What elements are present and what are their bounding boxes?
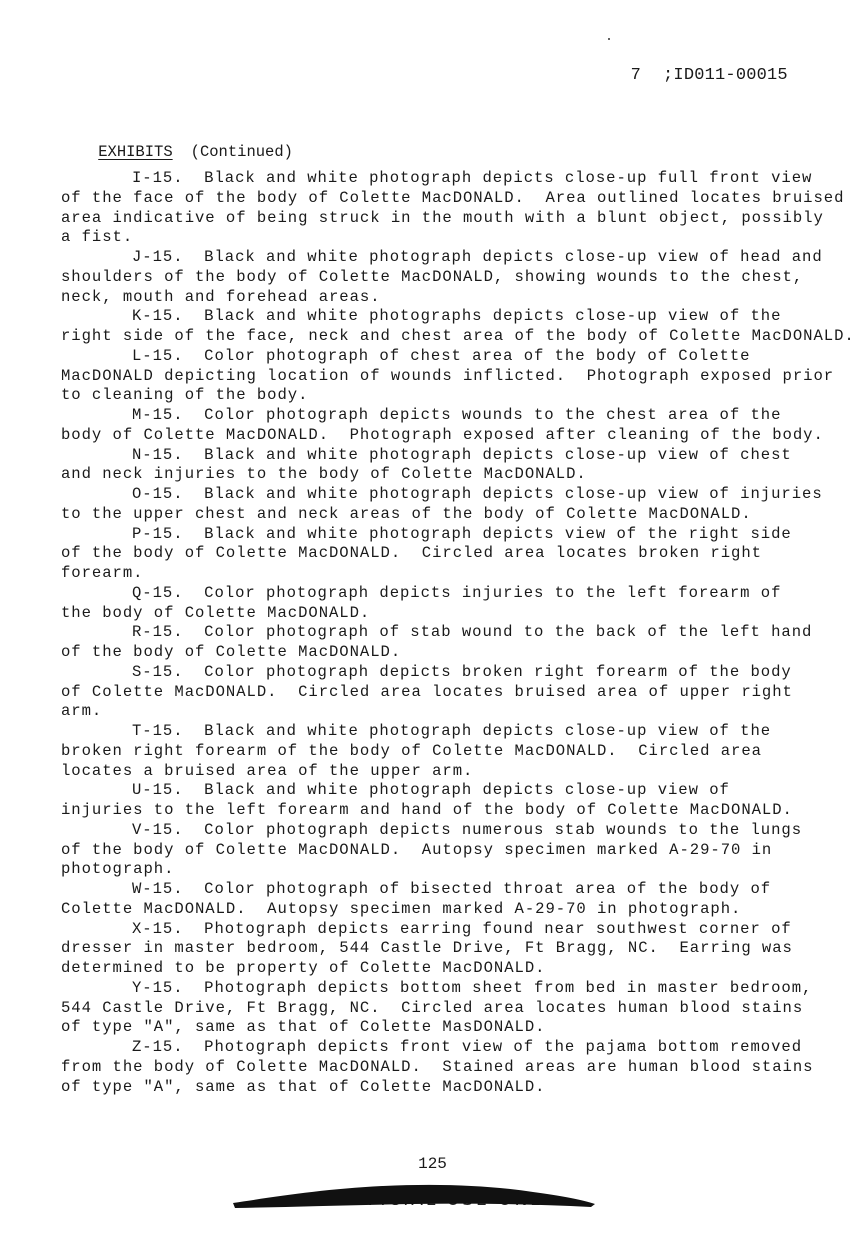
section-title: EXHIBITS: [98, 143, 172, 161]
exhibit-line: broken right forearm of the body of Cole…: [61, 742, 821, 762]
document-id-header: 7;ID011-00015: [589, 47, 788, 104]
exhibit-first-line: Y-15. Photograph depicts bottom sheet fr…: [61, 979, 821, 999]
exhibit-line: and neck injuries to the body of Colette…: [61, 465, 821, 485]
exhibit-first-line: N-15. Black and white photograph depicts…: [61, 446, 821, 466]
exhibit-first-line: Z-15. Photograph depicts front view of t…: [61, 1038, 821, 1058]
exhibit-line: from the body of Colette MacDONALD. Stai…: [61, 1058, 821, 1078]
exhibit-line: right side of the face, neck and chest a…: [61, 327, 821, 347]
redaction-bar-shape: [233, 1180, 595, 1210]
exhibit-line: to cleaning of the body.: [61, 386, 821, 406]
exhibit-line: MacDONALD depicting location of wounds i…: [61, 367, 821, 387]
scan-speck: [608, 38, 610, 40]
exhibit-first-line: K-15. Black and white photographs depict…: [61, 307, 821, 327]
exhibit-first-line: W-15. Color photograph of bisected throa…: [61, 880, 821, 900]
exhibit-entry: V-15. Color photograph depicts numerous …: [61, 821, 821, 880]
exhibit-entry: I-15. Black and white photograph depicts…: [61, 169, 821, 248]
exhibit-entry: N-15. Black and white photograph depicts…: [61, 446, 821, 486]
exhibit-line: 544 Castle Drive, Ft Bragg, NC. Circled …: [61, 999, 821, 1019]
exhibit-line: body of Colette MacDONALD. Photograph ex…: [61, 426, 821, 446]
exhibit-entry: M-15. Color photograph depicts wounds to…: [61, 406, 821, 446]
exhibit-line: locates a bruised area of the upper arm.: [61, 762, 821, 782]
exhibit-line: determined to be property of Colette Mac…: [61, 959, 821, 979]
exhibit-entry: R-15. Color photograph of stab wound to …: [61, 623, 821, 663]
document-page: 7;ID011-00015 EXHIBITS(Continued) I-15. …: [0, 0, 860, 1251]
page-number: 125: [0, 1155, 860, 1173]
exhibit-line: of the body of Colette MacDONALD.: [61, 643, 821, 663]
exhibit-first-line: V-15. Color photograph depicts numerous …: [61, 821, 821, 841]
exhibit-line: Colette MacDONALD. Autopsy specimen mark…: [61, 900, 821, 920]
exhibit-line: shoulders of the body of Colette MacDONA…: [61, 268, 821, 288]
exhibit-entry: Q-15. Color photograph depicts injuries …: [61, 584, 821, 624]
section-title-suffix: (Continued): [191, 143, 293, 161]
exhibit-entry: W-15. Color photograph of bisected throa…: [61, 880, 821, 920]
exhibit-first-line: S-15. Color photograph depicts broken ri…: [61, 663, 821, 683]
exhibit-entry: P-15. Black and white photograph depicts…: [61, 525, 821, 584]
exhibit-entry: O-15. Black and white photograph depicts…: [61, 485, 821, 525]
exhibit-first-line: O-15. Black and white photograph depicts…: [61, 485, 821, 505]
page-prefix: 7: [631, 66, 641, 85]
exhibit-line: to the upper chest and neck areas of the…: [61, 505, 821, 525]
exhibit-entry: S-15. Color photograph depicts broken ri…: [61, 663, 821, 722]
exhibit-entry: U-15. Black and white photograph depicts…: [61, 781, 821, 821]
exhibit-entry: T-15. Black and white photograph depicts…: [61, 722, 821, 781]
exhibit-first-line: Q-15. Color photograph depicts injuries …: [61, 584, 821, 604]
exhibit-first-line: I-15. Black and white photograph depicts…: [61, 169, 821, 189]
exhibit-first-line: R-15. Color photograph of stab wound to …: [61, 623, 821, 643]
exhibit-line: dresser in master bedroom, 544 Castle Dr…: [61, 939, 821, 959]
exhibit-first-line: J-15. Black and white photograph depicts…: [61, 248, 821, 268]
exhibit-entry: L-15. Color photograph of chest area of …: [61, 347, 821, 406]
exhibit-entry: K-15. Black and white photographs depict…: [61, 307, 821, 347]
exhibit-line: photograph.: [61, 860, 821, 880]
exhibit-entry: X-15. Photograph depicts earring found n…: [61, 920, 821, 979]
exhibit-line: injuries to the left forearm and hand of…: [61, 801, 821, 821]
exhibit-line: a fist.: [61, 228, 821, 248]
exhibit-first-line: T-15. Black and white photograph depicts…: [61, 722, 821, 742]
exhibit-line: forearm.: [61, 564, 821, 584]
exhibit-entry: Y-15. Photograph depicts bottom sheet fr…: [61, 979, 821, 1038]
exhibit-first-line: M-15. Color photograph depicts wounds to…: [61, 406, 821, 426]
exhibit-entry: Z-15. Photograph depicts front view of t…: [61, 1038, 821, 1097]
exhibit-line: of the face of the body of Colette MacDO…: [61, 189, 821, 209]
exhibit-line: the body of Colette MacDONALD.: [61, 604, 821, 624]
exhibit-first-line: X-15. Photograph depicts earring found n…: [61, 920, 821, 940]
exhibit-first-line: P-15. Black and white photograph depicts…: [61, 525, 821, 545]
exhibit-line: of the body of Colette MacDONALD. Autops…: [61, 841, 821, 861]
exhibit-first-line: L-15. Color photograph of chest area of …: [61, 347, 821, 367]
document-id: ;ID011-00015: [663, 66, 788, 85]
exhibit-line: neck, mouth and forehead areas.: [61, 288, 821, 308]
exhibit-entry: J-15. Black and white photograph depicts…: [61, 248, 821, 307]
exhibit-first-line: U-15. Black and white photograph depicts…: [61, 781, 821, 801]
exhibit-line: of type "A", same as that of Colette Mas…: [61, 1018, 821, 1038]
exhibit-line: arm.: [61, 702, 821, 722]
exhibit-line: of the body of Colette MacDONALD. Circle…: [61, 544, 821, 564]
exhibit-line: of type "A", same as that of Colette Mac…: [61, 1078, 821, 1098]
redaction-bar: [233, 1180, 595, 1210]
exhibit-line: area indicative of being struck in the m…: [61, 209, 821, 229]
exhibit-line: of Colette MacDONALD. Circled area locat…: [61, 683, 821, 703]
exhibit-list: I-15. Black and white photograph depicts…: [61, 169, 821, 1097]
